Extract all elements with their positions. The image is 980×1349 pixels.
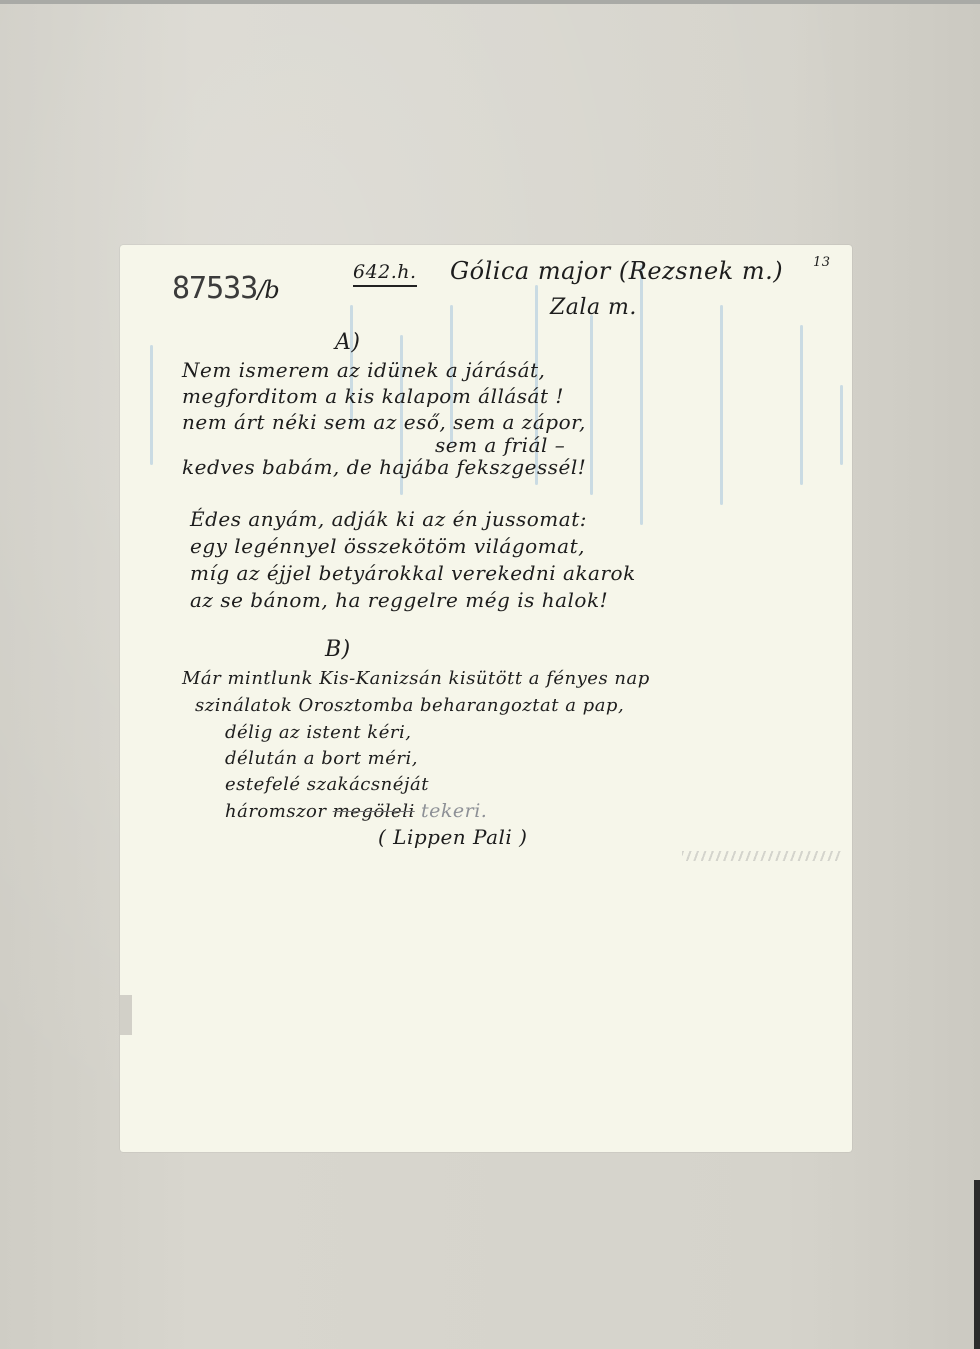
catalog-number: 87533: [172, 271, 257, 306]
place-line-1: Gólica major (Rezsnek m.): [450, 257, 783, 285]
ink-bleed-streak: [150, 345, 153, 465]
verse-line: sem a friál –: [435, 433, 565, 457]
ink-bleed-streak: [800, 325, 803, 485]
verse-text: háromszor: [225, 801, 333, 822]
section-a-label: A): [335, 330, 360, 355]
verse-line: Édes anyám, adják ki az én jussomat:: [190, 507, 587, 531]
place-line-2: Zala m.: [550, 295, 637, 320]
mount-top-edge: [0, 0, 980, 4]
verse-line: míg az éjjel betyárokkal verekedni akaro…: [190, 561, 636, 585]
superscript-mark: 13: [813, 255, 831, 270]
reference-number: 642.h.: [353, 261, 417, 287]
catalog-suffix: /b: [257, 276, 278, 304]
ink-bleed-streak: [590, 315, 593, 495]
verse-line: Nem ismerem az idünek a járását,: [182, 358, 545, 382]
verse-line: estefelé szakácsnéját: [225, 774, 429, 795]
attribution: ( Lippen Pali ): [378, 825, 527, 849]
struck-word: megöleli: [333, 801, 415, 822]
catalog-stamp: 87533/b: [172, 271, 279, 306]
manuscript-sheet: 87533/b 642.h. Gólica major (Rezsnek m.)…: [120, 245, 852, 1152]
verse-line: megforditom a kis kalapom állását !: [182, 384, 564, 408]
pencil-correction: tekeri.: [421, 800, 487, 822]
verse-line-with-correction: háromszor megöleli tekeri.: [225, 800, 487, 822]
ink-bleed-streak: [840, 385, 843, 465]
verse-line: délig az istent kéri,: [225, 722, 411, 743]
ink-bleed-streak: [640, 265, 643, 525]
verse-line: délután a bort méri,: [225, 748, 418, 769]
mount-right-shadow: [974, 1180, 980, 1349]
verse-line: szinálatok Orosztomba beharangoztat a pa…: [195, 695, 624, 716]
verse-line: az se bánom, ha reggelre még is halok!: [190, 588, 608, 612]
ink-bleed-streak: [720, 305, 723, 505]
verse-line: egy legénnyel összekötöm világomat,: [190, 534, 585, 558]
faint-pencil-marks: [682, 851, 842, 861]
verse-line: Már mintlunk Kis-Kanizsán kisütött a fén…: [182, 668, 650, 689]
verse-line: kedves babám, de hajába fekszgessél!: [182, 455, 586, 479]
section-b-label: B): [325, 637, 351, 662]
paper-torn-edge: [120, 995, 132, 1035]
verse-line: nem árt néki sem az eső, sem a zápor,: [182, 410, 586, 434]
archival-mount-board: 87533/b 642.h. Gólica major (Rezsnek m.)…: [0, 0, 980, 1349]
